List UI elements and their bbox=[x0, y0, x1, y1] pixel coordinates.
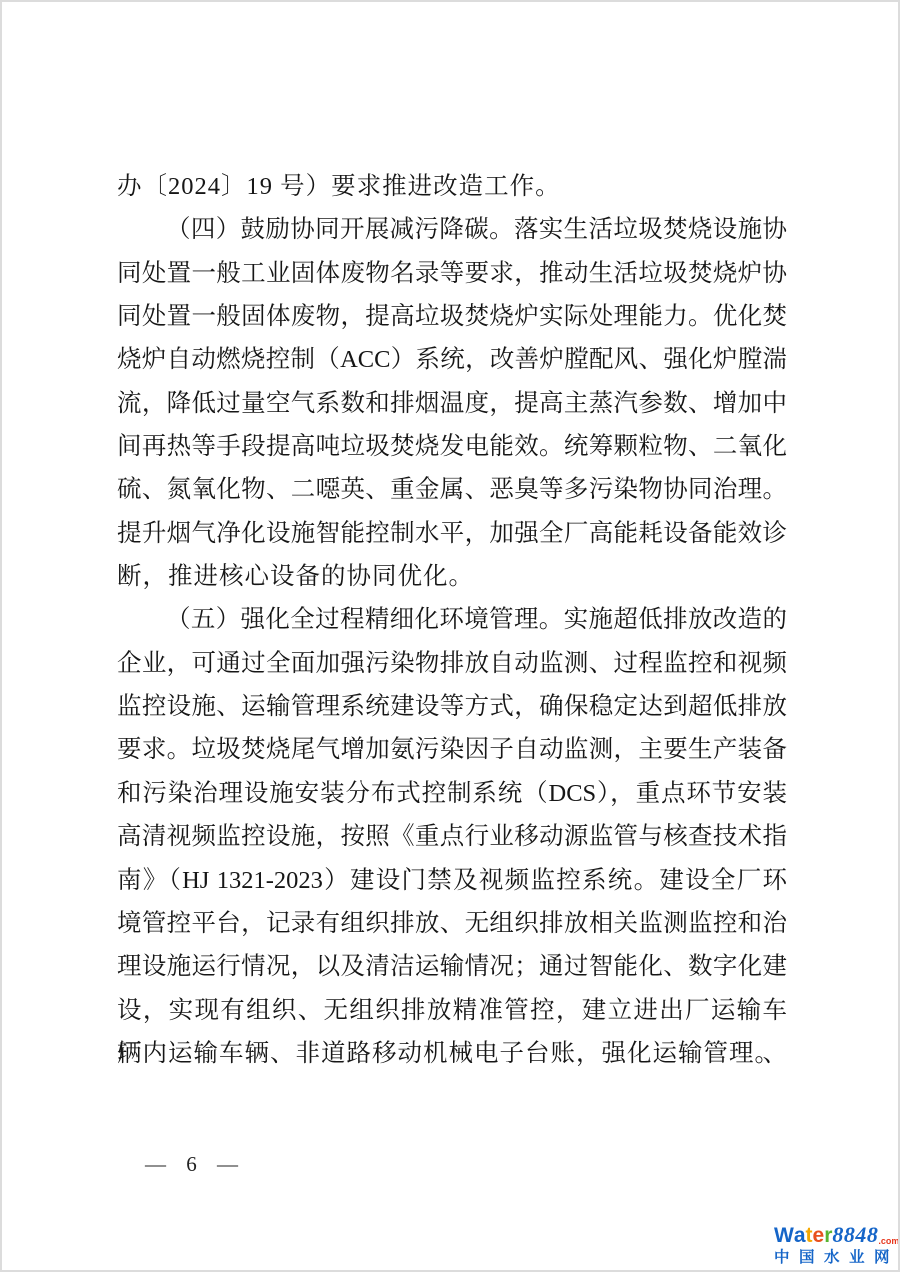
brand-letter: a bbox=[794, 1225, 806, 1246]
text-line: 烧炉自动燃烧控制（ACC）系统，改善炉膛配风、强化炉膛湍 bbox=[117, 338, 787, 381]
text-line: 设，实现有组织、无组织排放精准管控，建立进出厂运输车辆、 bbox=[117, 989, 787, 1032]
text-line: 高清视频监控设施，按照《重点行业移动源监管与核查技术指 bbox=[117, 815, 787, 858]
text-line: （四）鼓励协同开展减污降碳。落实生活垃圾焚烧设施协 bbox=[117, 208, 787, 251]
text-line: 办〔2024〕19 号）要求推进改造工作。 bbox=[117, 165, 787, 208]
brand-letter: e bbox=[813, 1225, 825, 1246]
text-line: 断，推进核心设备的协同优化。 bbox=[117, 555, 787, 598]
text-line: 间再热等手段提高吨垃圾焚烧发电能效。统筹颗粒物、二氧化 bbox=[117, 425, 787, 468]
body-text: 办〔2024〕19 号）要求推进改造工作。（四）鼓励协同开展减污降碳。落实生活垃… bbox=[117, 165, 787, 1075]
text-line: （五）强化全过程精细化环境管理。实施超低排放改造的 bbox=[117, 598, 787, 641]
text-line: 厂内运输车辆、非道路移动机械电子台账，强化运输管理。 bbox=[117, 1032, 787, 1075]
water8848-logo: Water8848.com 中国水业网 bbox=[774, 1224, 900, 1266]
text-line: 和污染治理设施安装分布式控制系统（DCS），重点环节安装 bbox=[117, 772, 787, 815]
brand-word: Water bbox=[774, 1224, 832, 1247]
brand-number: 8848 bbox=[832, 1222, 878, 1247]
text-line: 流，降低过量空气系数和排烟温度，提高主蒸汽参数、增加中 bbox=[117, 382, 787, 425]
brand-letter: W bbox=[774, 1225, 794, 1246]
text-line: 境管控平台，记录有组织排放、无组织排放相关监测监控和治 bbox=[117, 902, 787, 945]
text-line: 企业，可通过全面加强污染物排放自动监测、过程监控和视频 bbox=[117, 642, 787, 685]
text-line: 同处置一般工业固体废物名录等要求，推动生活垃圾焚烧炉协 bbox=[117, 252, 787, 295]
brand-letter: t bbox=[806, 1225, 813, 1246]
brand-line: Water8848.com bbox=[774, 1224, 900, 1246]
text-line: 监控设施、运输管理系统建设等方式，确保稳定达到超低排放 bbox=[117, 685, 787, 728]
text-line: 提升烟气净化设施智能控制水平，加强全厂高能耗设备能效诊 bbox=[117, 512, 787, 555]
document-page: 办〔2024〕19 号）要求推进改造工作。（四）鼓励协同开展减污降碳。落实生活垃… bbox=[0, 0, 900, 1272]
text-line: 硫、氮氧化物、二噁英、重金属、恶臭等多污染物协同治理。 bbox=[117, 468, 787, 511]
text-line: 理设施运行情况，以及清洁运输情况；通过智能化、数字化建 bbox=[117, 945, 787, 988]
text-line: 南》（HJ 1321-2023）建设门禁及视频监控系统。建设全厂环 bbox=[117, 859, 787, 902]
brand-tld: .com bbox=[878, 1236, 899, 1246]
text-line: 同处置一般固体废物，提高垃圾焚烧炉实际处理能力。优化焚 bbox=[117, 295, 787, 338]
text-line: 要求。垃圾焚烧尾气增加氨污染因子自动监测，主要生产装备 bbox=[117, 728, 787, 771]
page-number: — 6 — bbox=[145, 1152, 240, 1177]
brand-subtitle: 中国水业网 bbox=[774, 1250, 900, 1266]
